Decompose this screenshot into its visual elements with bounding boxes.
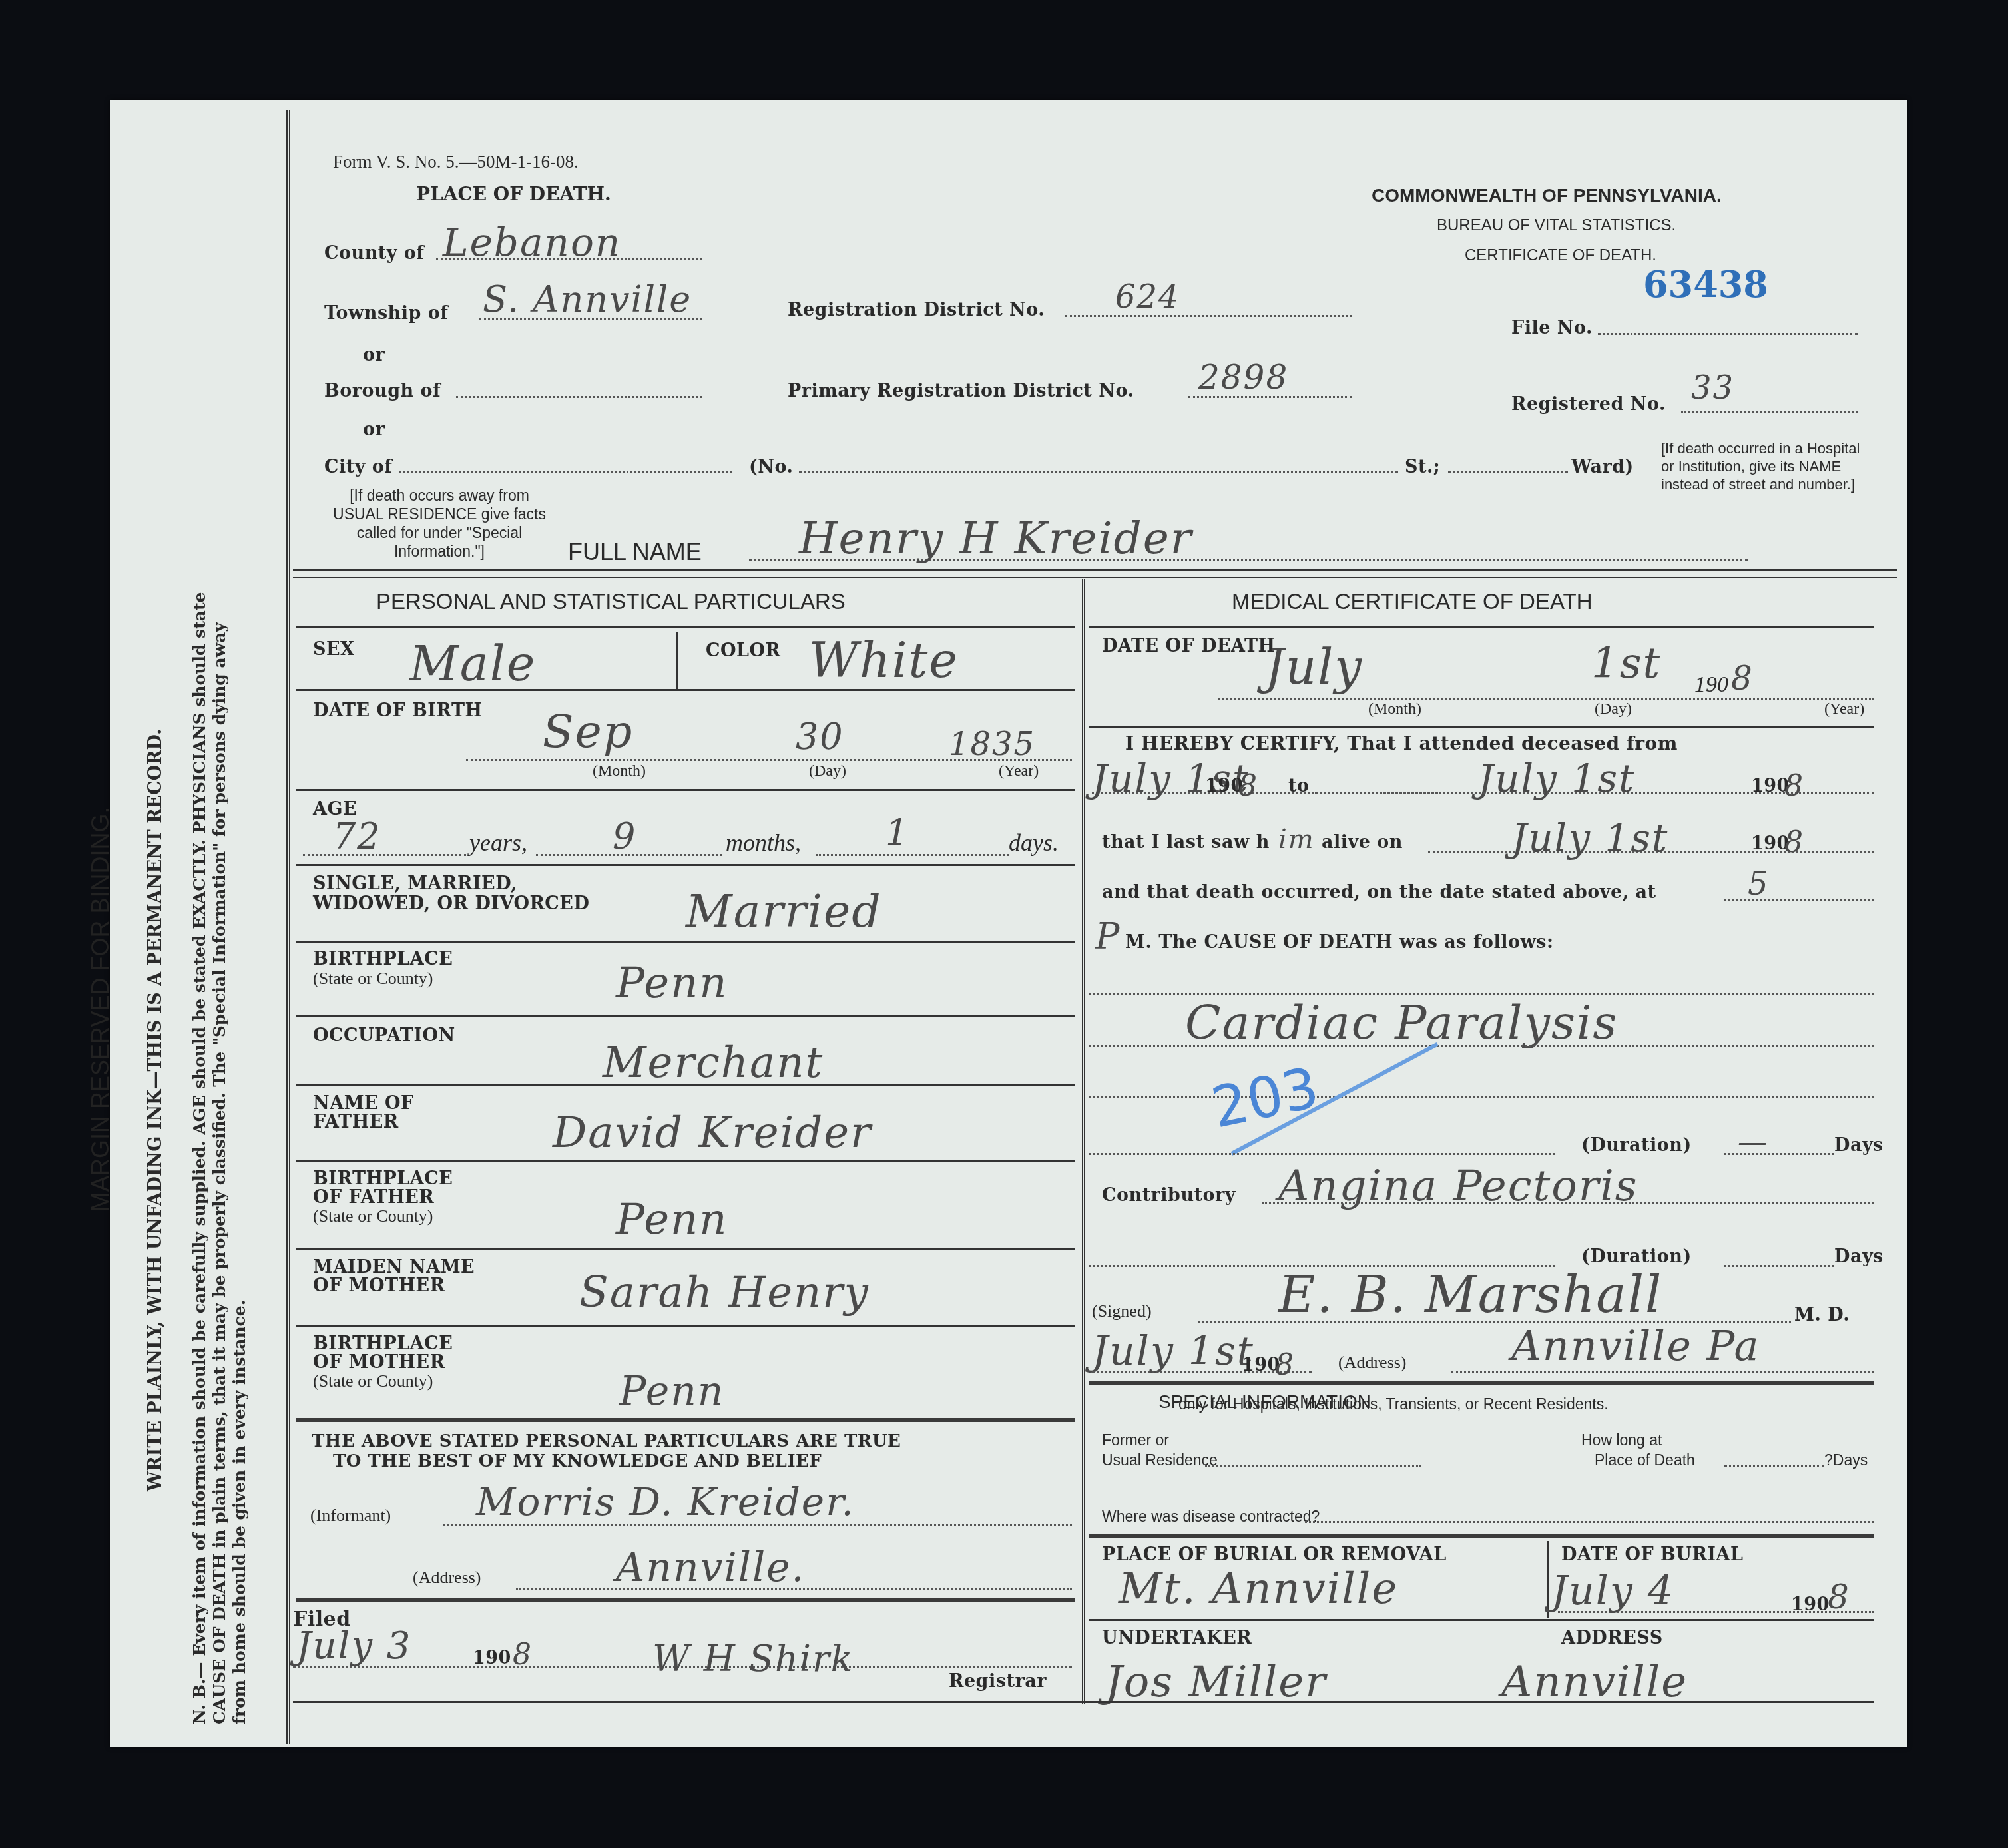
full-name-value: Henry H Kreider xyxy=(799,513,1192,564)
dod-year-prefix: 190 xyxy=(1694,672,1728,698)
cause-line-2 xyxy=(1089,1045,1874,1047)
dod-year-caption: (Year) xyxy=(1824,700,1864,718)
contracted-label: Where was disease contracted? xyxy=(1102,1508,1320,1526)
township-value: S. Annville xyxy=(483,278,692,320)
dob-month-caption: (Month) xyxy=(593,762,646,780)
name-divider-2 xyxy=(293,577,1897,578)
age-years-word: years, xyxy=(469,829,527,857)
file-no-label: File No. xyxy=(1511,318,1593,338)
duration-days-1: Days xyxy=(1834,1135,1883,1156)
occurred-hour-field xyxy=(1724,899,1874,901)
place-of-death-heading: PLACE OF DEATH. xyxy=(416,183,611,205)
cause-intro: M. The CAUSE OF DEATH was as follows: xyxy=(1125,932,1554,953)
street-no-field xyxy=(799,471,1398,473)
attended-from-year-suffix: 8 xyxy=(1238,769,1258,803)
nb-line-1: N. B.— Every item of information should … xyxy=(190,592,209,1724)
informant-field xyxy=(443,1524,1072,1526)
undertaker-address-label: ADDRESS xyxy=(1561,1628,1663,1648)
medical-bottom-rule xyxy=(1089,1381,1874,1385)
mother-label-1: MAIDEN NAME xyxy=(313,1257,475,1277)
burial-date-label: DATE OF BURIAL xyxy=(1561,1544,1743,1565)
undertaker-address-value: Annville xyxy=(1501,1658,1688,1707)
last-saw-pronoun: im xyxy=(1278,824,1315,855)
occupation-row-rule xyxy=(296,1084,1075,1086)
registration-district-value: 624 xyxy=(1115,278,1180,316)
registration-district-field xyxy=(1065,315,1352,317)
certificate-heading: CERTIFICATE OF DEATH. xyxy=(1465,246,1656,265)
special-bottom-rule xyxy=(1089,1534,1874,1538)
to-word: to xyxy=(1288,776,1309,796)
mother-bp-label-2: OF MOTHER xyxy=(313,1352,445,1373)
dod-month-caption: (Month) xyxy=(1368,700,1421,718)
age-days-value: 1 xyxy=(885,812,909,854)
dob-year-caption: (Year) xyxy=(999,762,1039,780)
duration-line-1 xyxy=(1089,1153,1555,1155)
burial-place-label: PLACE OF BURIAL OR REMOVAL xyxy=(1102,1544,1447,1565)
age-months-word: months, xyxy=(726,829,801,857)
burial-date-value: July 4 xyxy=(1551,1568,1674,1614)
dod-day-caption: (Day) xyxy=(1595,700,1632,718)
mother-bp-value: Penn xyxy=(619,1368,724,1415)
primary-district-value: 2898 xyxy=(1198,358,1288,397)
former-residence-label-2: Usual Residence xyxy=(1102,1451,1218,1469)
dod-field xyxy=(1218,698,1874,700)
father-row-rule xyxy=(296,1160,1075,1162)
registrar-label: Registrar xyxy=(949,1671,1047,1692)
mother-bp-label-1: BIRTHPLACE xyxy=(313,1333,453,1354)
informant-address-value: Annville. xyxy=(616,1544,806,1591)
contributory-label: Contributory xyxy=(1102,1185,1236,1206)
last-saw-suffix: alive on xyxy=(1322,832,1403,853)
certificate-number-stamp: 63438 xyxy=(1643,263,1768,306)
father-value: David Kreider xyxy=(553,1108,872,1158)
occupation-value: Merchant xyxy=(603,1039,824,1088)
residence-note: [If death occurs away from USUAL RESIDEN… xyxy=(323,486,556,561)
marital-row-rule xyxy=(296,941,1075,943)
duration-days-2: Days xyxy=(1834,1246,1883,1267)
undertaker-value: Jos Miller xyxy=(1105,1658,1327,1707)
registered-no-label: Registered No. xyxy=(1511,394,1666,415)
burial-year-prefix: 190 xyxy=(1791,1594,1830,1615)
last-saw-prefix: that I last saw h xyxy=(1102,832,1270,853)
mother-value: Sarah Henry xyxy=(579,1268,870,1317)
filed-bottom-rule xyxy=(293,1701,1092,1703)
undertaker-row-rule xyxy=(1082,1701,1874,1703)
nb-line-3: from home should be given in every insta… xyxy=(230,1300,249,1724)
medical-title-rule xyxy=(1089,626,1874,628)
form-left-border xyxy=(286,110,290,1744)
registrar-signature: W H Shirk xyxy=(652,1638,854,1680)
duration-label-2: (Duration) xyxy=(1581,1246,1692,1267)
former-residence-label-1: Former or xyxy=(1102,1431,1169,1449)
birthplace-value: Penn xyxy=(616,959,728,1008)
duration-label-1: (Duration) xyxy=(1581,1135,1692,1156)
city-field xyxy=(399,471,732,473)
registered-no-field xyxy=(1681,411,1858,413)
marital-value: Married xyxy=(686,885,882,938)
full-name-label: FULL NAME xyxy=(568,538,702,566)
dob-row-rule xyxy=(296,789,1075,791)
how-long-label-2: Place of Death xyxy=(1595,1451,1695,1469)
father-bp-sublabel: (State or County) xyxy=(313,1206,433,1226)
certify-text: I HEREBY CERTIFY, That I attended deceas… xyxy=(1125,732,1678,754)
personal-bottom-rule xyxy=(296,1418,1075,1422)
name-divider-1 xyxy=(293,569,1897,571)
sex-row-rule xyxy=(296,689,1075,691)
form-number: Form V. S. No. 5.—50M-1-16-08. xyxy=(333,152,579,172)
filed-year-suffix: 8 xyxy=(513,1638,533,1672)
nb-line-2: CAUSE OF DEATH in plain terms, that it m… xyxy=(210,622,229,1724)
birthplace-sublabel: (State or County) xyxy=(313,969,433,989)
personal-title-rule xyxy=(296,626,1075,628)
last-saw-year-suffix: 8 xyxy=(1784,825,1804,859)
undertaker-label: UNDERTAKER xyxy=(1102,1628,1252,1648)
mother-bp-sublabel: (State or County) xyxy=(313,1371,433,1391)
street-no-label: (No. xyxy=(749,457,793,477)
burial-year-suffix: 8 xyxy=(1828,1578,1850,1616)
dod-row-rule xyxy=(1089,726,1874,728)
attest-line-1: THE ABOVE STATED PERSONAL PARTICULARS AR… xyxy=(312,1431,901,1451)
file-no-field xyxy=(1598,333,1858,335)
father-label-2: FATHER xyxy=(313,1112,399,1132)
sex-color-divider xyxy=(676,632,678,689)
occurred-hour: 5 xyxy=(1748,865,1770,903)
dob-year: 1835 xyxy=(949,726,1035,763)
margin-reserved-text: MARGIN RESERVED FOR BINDING. xyxy=(87,808,115,1212)
physician-signature: E. B. Marshall xyxy=(1278,1265,1662,1324)
ward-field xyxy=(1448,471,1568,473)
sign-date: July 1st xyxy=(1092,1328,1254,1375)
registered-no-value: 33 xyxy=(1691,369,1734,407)
informant-label: (Informant) xyxy=(310,1506,391,1526)
sign-address-value: Annville Pa xyxy=(1511,1321,1760,1370)
father-bp-value: Penn xyxy=(616,1195,728,1244)
write-plainly-text: WRITE PLAINLY, WITH UNFADING INK—THIS IS… xyxy=(145,729,166,1491)
column-divider xyxy=(1082,579,1085,1704)
dod-month: July xyxy=(1265,639,1363,695)
burial-row-rule xyxy=(1089,1619,1874,1621)
mother-label-2: OF MOTHER xyxy=(313,1275,445,1296)
sex-label: SEX xyxy=(313,639,355,660)
former-residence-field xyxy=(1205,1465,1421,1467)
father-label-1: NAME OF xyxy=(313,1093,414,1114)
marital-label-2: WIDOWED, OR DIVORCED xyxy=(313,893,589,914)
informant-value: Morris D. Kreider. xyxy=(476,1479,855,1524)
special-info-subtitle: only for Hospitals, Institutions, Transi… xyxy=(1092,1393,1864,1415)
informant-address-label: (Address) xyxy=(413,1568,481,1588)
bureau-heading: BUREAU OF VITAL STATISTICS. xyxy=(1437,216,1676,235)
dob-label: DATE OF BIRTH xyxy=(313,700,483,721)
dob-day-caption: (Day) xyxy=(809,762,846,780)
burial-divider xyxy=(1547,1541,1549,1618)
city-label: City of xyxy=(324,457,392,477)
attest-line-2: TO THE BEST OF MY KNOWLEDGE AND BELIEF xyxy=(333,1451,822,1471)
md-label: M. D. xyxy=(1794,1305,1850,1325)
father-bp-row-rule xyxy=(296,1248,1075,1250)
age-days-word: days. xyxy=(1009,829,1059,857)
last-saw-date: July 1st xyxy=(1511,815,1668,861)
registration-district-label: Registration District No. xyxy=(788,300,1045,320)
birthplace-label: BIRTHPLACE xyxy=(313,949,453,969)
primary-district-label: Primary Registration District No. xyxy=(788,381,1134,401)
filed-date: July 3 xyxy=(296,1624,412,1668)
county-value: Lebanon xyxy=(443,220,621,265)
ward-label: Ward) xyxy=(1571,457,1634,477)
am-pm-value: P xyxy=(1095,915,1121,957)
borough-field xyxy=(456,396,702,398)
or-label-1: or xyxy=(363,345,385,365)
attended-to-year-suffix: 8 xyxy=(1784,769,1804,803)
marital-label-1: SINGLE, MARRIED, xyxy=(313,873,517,894)
color-value: White xyxy=(809,632,959,688)
color-label: COLOR xyxy=(706,640,780,661)
cause-value: Cardiac Paralysis xyxy=(1185,995,1618,1050)
contracted-field xyxy=(1305,1521,1874,1523)
borough-label: Borough of xyxy=(324,381,441,401)
age-months-value: 9 xyxy=(613,815,636,857)
commonwealth-heading: COMMONWEALTH OF PENNSYLVANIA. xyxy=(1372,185,1722,206)
informant-bottom-rule xyxy=(296,1598,1075,1602)
sex-value: Male xyxy=(409,636,536,692)
father-bp-label-2: OF FATHER xyxy=(313,1187,434,1208)
father-bp-label-1: BIRTHPLACE xyxy=(313,1168,453,1189)
birthplace-row-rule xyxy=(296,1015,1075,1017)
sign-year-suffix: 8 xyxy=(1275,1348,1295,1382)
hospital-note: [If death occurred in a Hospital or Inst… xyxy=(1661,439,1861,493)
dob-day: 30 xyxy=(796,716,844,758)
burial-place-value: Mt. Annville xyxy=(1119,1564,1398,1614)
county-label: County of xyxy=(324,243,424,264)
duration-value-1: — xyxy=(1738,1125,1768,1159)
signed-label: (Signed) xyxy=(1092,1301,1152,1321)
how-long-days: ?Days xyxy=(1824,1451,1868,1469)
sign-address-field xyxy=(1451,1371,1874,1373)
or-label-2: or xyxy=(363,419,385,440)
age-years-field xyxy=(303,854,466,856)
street-label: St.; xyxy=(1405,457,1440,477)
contributory-value: Angina Pectoris xyxy=(1278,1162,1638,1211)
personal-section-title: PERSONAL AND STATISTICAL PARTICULARS xyxy=(376,589,846,614)
dod-label: DATE OF DEATH xyxy=(1102,636,1276,656)
how-long-field xyxy=(1724,1465,1824,1467)
age-days-field xyxy=(816,854,1009,856)
occurred-text: and that death occurred, on the date sta… xyxy=(1102,882,1656,903)
age-row-rule xyxy=(296,864,1075,866)
medical-section-title: MEDICAL CERTIFICATE OF DEATH xyxy=(1232,589,1593,614)
mother-row-rule xyxy=(296,1325,1075,1327)
dod-year-suffix: 8 xyxy=(1731,659,1754,698)
sign-address-label: (Address) xyxy=(1338,1353,1407,1373)
dod-day: 1st xyxy=(1591,639,1661,688)
duration-field-2 xyxy=(1724,1265,1834,1267)
age-years-value: 72 xyxy=(333,815,381,857)
occupation-label: OCCUPATION xyxy=(313,1025,455,1046)
township-label: Township of xyxy=(324,303,448,324)
cause-line-3 xyxy=(1089,1096,1874,1098)
filed-year-prefix: 190 xyxy=(473,1648,511,1668)
how-long-label-1: How long at xyxy=(1581,1431,1662,1449)
dob-month: Sep xyxy=(543,706,633,758)
